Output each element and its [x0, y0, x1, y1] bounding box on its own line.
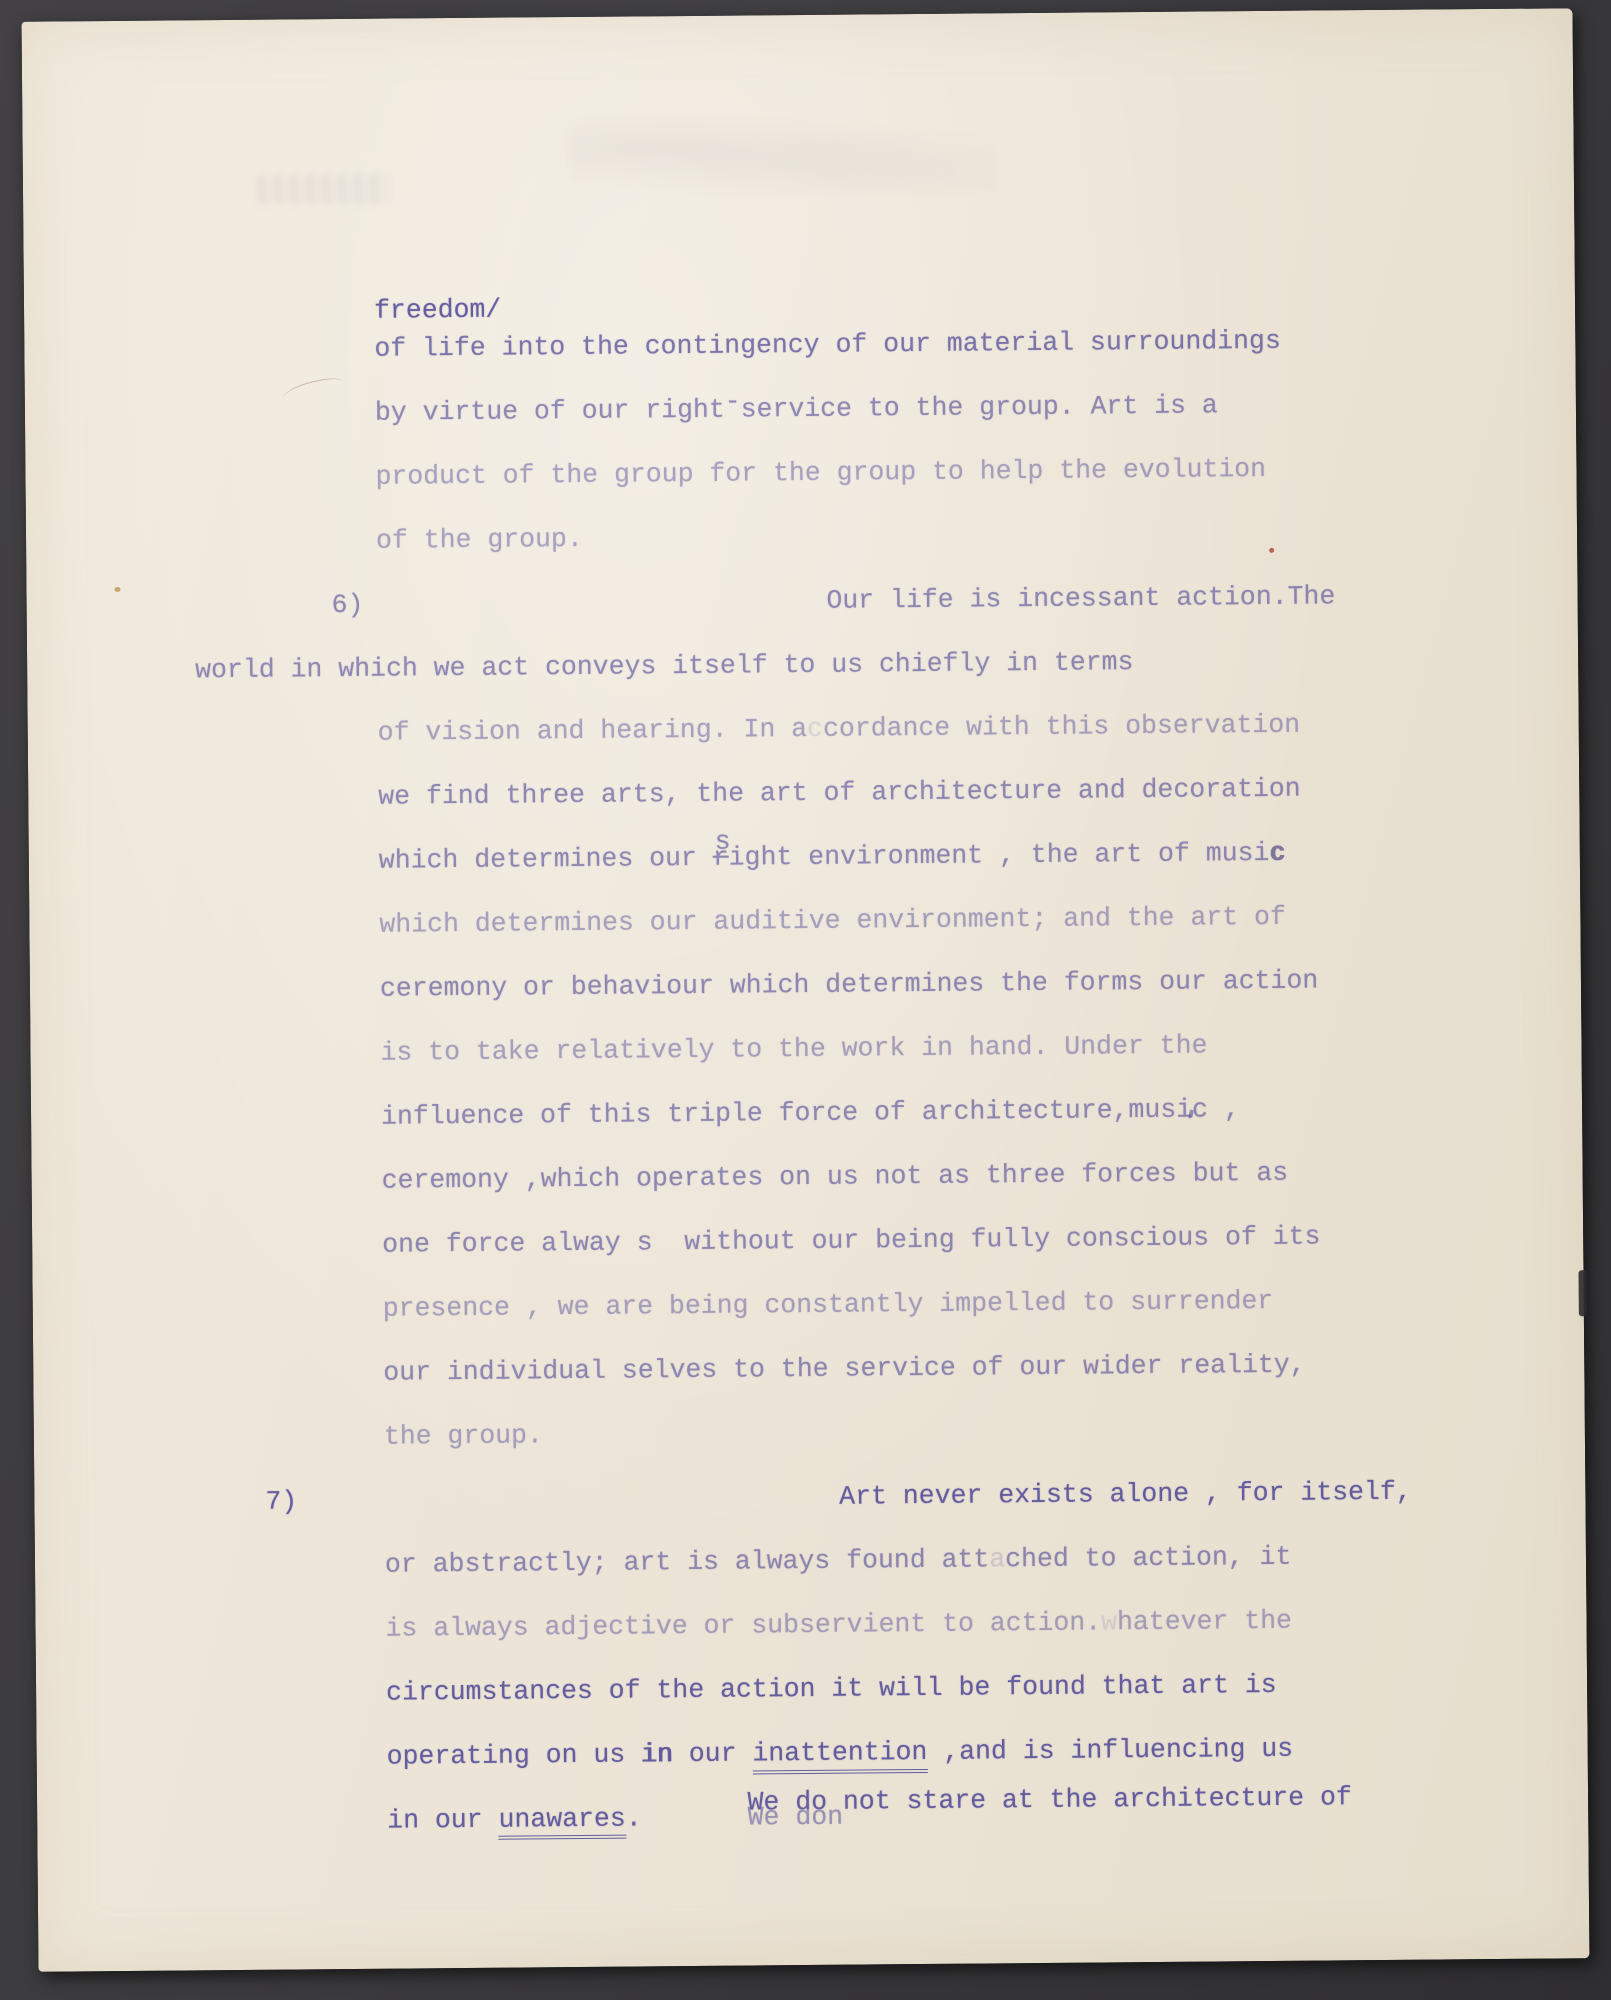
- paper-sheet: freedom/of life into the contingency of …: [22, 8, 1590, 1971]
- typed-segment: one force alway s without our being full…: [382, 1222, 1320, 1260]
- typed-line: ceremony or behaviour which determines t…: [380, 968, 1318, 1003]
- typed-segment: inattention: [752, 1737, 927, 1775]
- typed-segment: which determines our auditive environmen…: [379, 902, 1286, 940]
- typed-segment: presence , we are being constantly impel…: [383, 1286, 1274, 1324]
- typed-line: is to take relatively to the work in han…: [380, 1032, 1207, 1066]
- typed-segment: the group.: [384, 1420, 543, 1451]
- typed-line: 6)Our life is incessant action.The: [332, 583, 1336, 618]
- typed-segment: 7): [265, 1486, 297, 1516]
- typed-line: influence of this triple force of archit…: [381, 1096, 1240, 1130]
- typed-line: ceremony ,which operates on us not as th…: [382, 1160, 1289, 1194]
- typed-segment: influence of this triple force of archit…: [381, 1094, 1240, 1131]
- typed-segment: ched to action, it: [1005, 1542, 1292, 1574]
- typed-segment: of vision and hearing. In a: [378, 714, 808, 748]
- typed-segment: .: [626, 1803, 642, 1833]
- typed-line: circumstances of the action it will be f…: [386, 1672, 1277, 1706]
- typed-segment: our individual selves to the service of …: [383, 1350, 1306, 1388]
- typed-line: freedom/: [374, 297, 501, 325]
- typed-line: operating on us in our inattention ,and …: [387, 1736, 1294, 1770]
- typed-segment: c: [1269, 838, 1285, 868]
- typed-segment: circumstances of the action it will be f…: [386, 1670, 1277, 1708]
- typed-segment: unawares: [498, 1804, 626, 1840]
- typed-line: or abstractly; art is always found attac…: [385, 1544, 1292, 1578]
- typed-segment: our: [673, 1738, 753, 1769]
- typed-line: one force alway s without our being full…: [382, 1224, 1320, 1259]
- typed-segment: ,and is influencing us: [927, 1734, 1293, 1767]
- typed-segment: or abstractly; art is always found att: [385, 1544, 990, 1579]
- typed-segment: of life into the contingency of our mate…: [374, 326, 1281, 364]
- typed-line: presence , we are being constantly impel…: [383, 1288, 1274, 1322]
- typed-line: which determines our auditive environmen…: [379, 904, 1286, 938]
- typed-segment: Art never exists alone , for itself,: [839, 1477, 1412, 1512]
- typed-line: in our unawares.We donWe do not stare at…: [387, 1799, 1352, 1834]
- typed-segment: w: [1101, 1607, 1117, 1637]
- typed-segment: world in which we act conveys itself to …: [195, 647, 1133, 685]
- typed-segment: hatever the: [1117, 1606, 1292, 1638]
- typed-segment: -: [725, 389, 741, 416]
- typed-line: is always adjective or subservient to ac…: [385, 1608, 1292, 1642]
- typed-segment: ight environment , the art of musi: [729, 838, 1270, 873]
- typescript-text: freedom/of life into the contingency of …: [22, 8, 1590, 1971]
- typed-segment: is always adjective or subservient to ac…: [385, 1607, 1101, 1643]
- typed-line: 7)Art never exists alone , for itself,: [265, 1479, 1412, 1516]
- typed-segment: service to the group. Art is a: [741, 390, 1218, 424]
- photo-background: freedom/of life into the contingency of …: [0, 0, 1611, 2000]
- typed-segment: product of the group for the group to he…: [375, 454, 1266, 492]
- typed-segment: in: [641, 1739, 673, 1769]
- typed-segment: Our life is incessant action.The: [826, 581, 1335, 615]
- typed-segment: ceremony ,which operates on us not as th…: [382, 1158, 1289, 1196]
- typed-line: the group.: [384, 1422, 543, 1450]
- typed-segment: 6): [331, 590, 363, 620]
- typed-segment: of the group.: [376, 524, 583, 556]
- typed-line: we find three arts, the art of architect…: [378, 776, 1301, 811]
- typed-segment: which determines our: [379, 843, 713, 876]
- typed-segment: by virtue of our right: [375, 395, 725, 428]
- typed-segment: operating on us: [387, 1739, 642, 1771]
- typed-segment: ceremony or behaviour which determines t…: [380, 966, 1318, 1004]
- typed-segment: c: [807, 714, 823, 744]
- typed-segment: is to take relatively to the work in han…: [380, 1030, 1207, 1067]
- typed-line: world in which we act conveys itself to …: [195, 649, 1133, 684]
- typed-segment: we find three arts, the art of architect…: [378, 774, 1301, 812]
- typed-segment: cordance with this observation: [823, 710, 1300, 744]
- typed-segment: a: [989, 1544, 1005, 1574]
- typed-line: which determines our sright environment …: [379, 840, 1286, 874]
- typed-line: of the group.: [376, 526, 583, 554]
- typed-segment: freedom/: [374, 295, 501, 326]
- typed-segment: We do not stare at the architecture of: [747, 1782, 1352, 1817]
- typed-line: of life into the contingency of our mate…: [374, 328, 1281, 362]
- typed-line: our individual selves to the service of …: [383, 1352, 1306, 1387]
- typed-segment: in our: [387, 1805, 499, 1836]
- typed-line: by virtue of our right-service to the gr…: [375, 392, 1218, 426]
- typed-line: product of the group for the group to he…: [375, 456, 1266, 490]
- typed-line: of vision and hearing. In accordance wit…: [378, 712, 1301, 747]
